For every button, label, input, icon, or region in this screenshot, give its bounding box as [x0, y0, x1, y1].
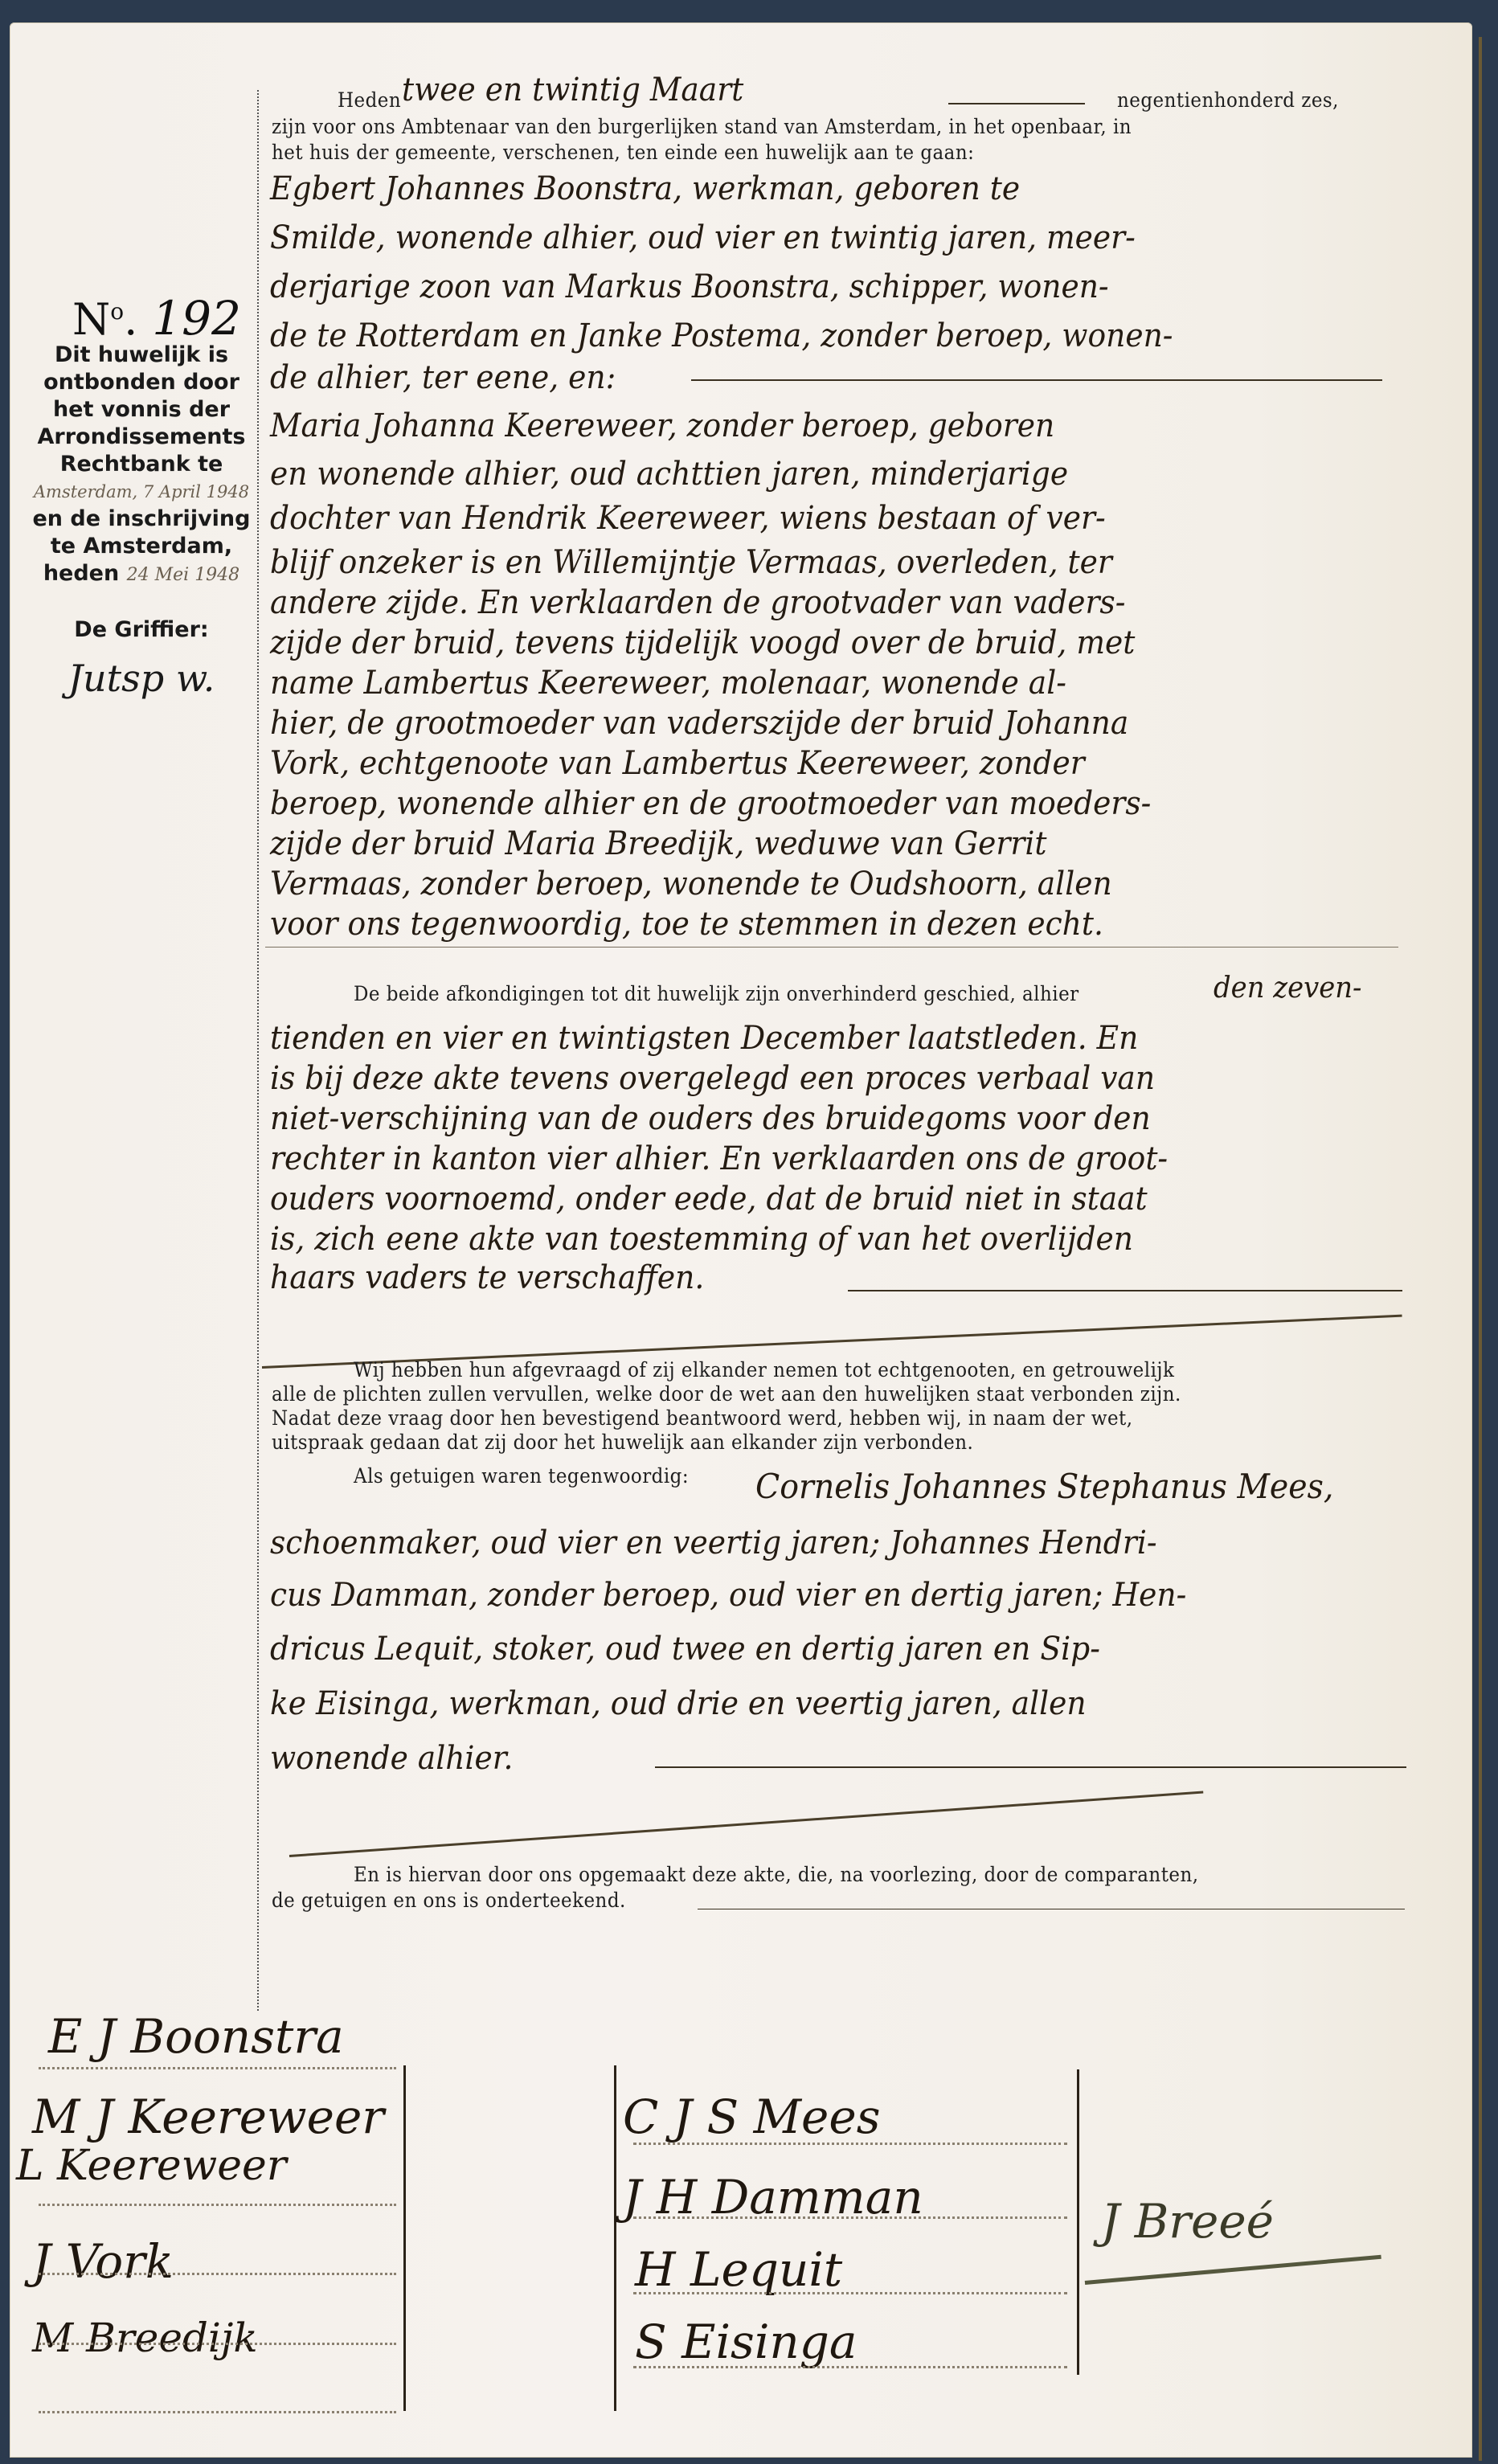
signature-bride: M J Keereweer	[32, 2089, 384, 2144]
heden-label: Heden	[338, 88, 401, 112]
griffier-signature: Jutsp w.	[13, 665, 270, 692]
signature-witness-4: S Eisinga	[635, 2315, 857, 2369]
page-edge	[1479, 37, 1482, 2461]
number-label: N	[72, 294, 110, 345]
signature-witness-3: H Lequit	[635, 2242, 842, 2297]
signature-official: J Breeé	[1101, 2194, 1274, 2249]
court-date: Amsterdam, 7 April 1948	[13, 478, 270, 505]
signature-groom: E J Boonstra	[48, 2009, 344, 2064]
date-handwritten: twee en twintig Maart	[402, 66, 743, 114]
signature-witness-1: C J S Mees	[623, 2089, 880, 2144]
divorce-stamp: Dit huwelijk is ontbonden door het vonni…	[13, 342, 270, 692]
year-printed: negentienhonderd zes,	[1117, 88, 1339, 112]
signature-grandfather: L Keereweer	[16, 2142, 287, 2190]
number-value: 192	[152, 291, 241, 346]
griffier-label: De Griffier:	[13, 616, 270, 644]
signature-grandmother-paternal: J Vork	[32, 2234, 174, 2289]
registration-date: 24 Mei 1948	[127, 565, 240, 585]
signature-grandmother-maternal: M Breedijk	[32, 2315, 258, 2361]
act-number: No.192	[72, 291, 241, 346]
